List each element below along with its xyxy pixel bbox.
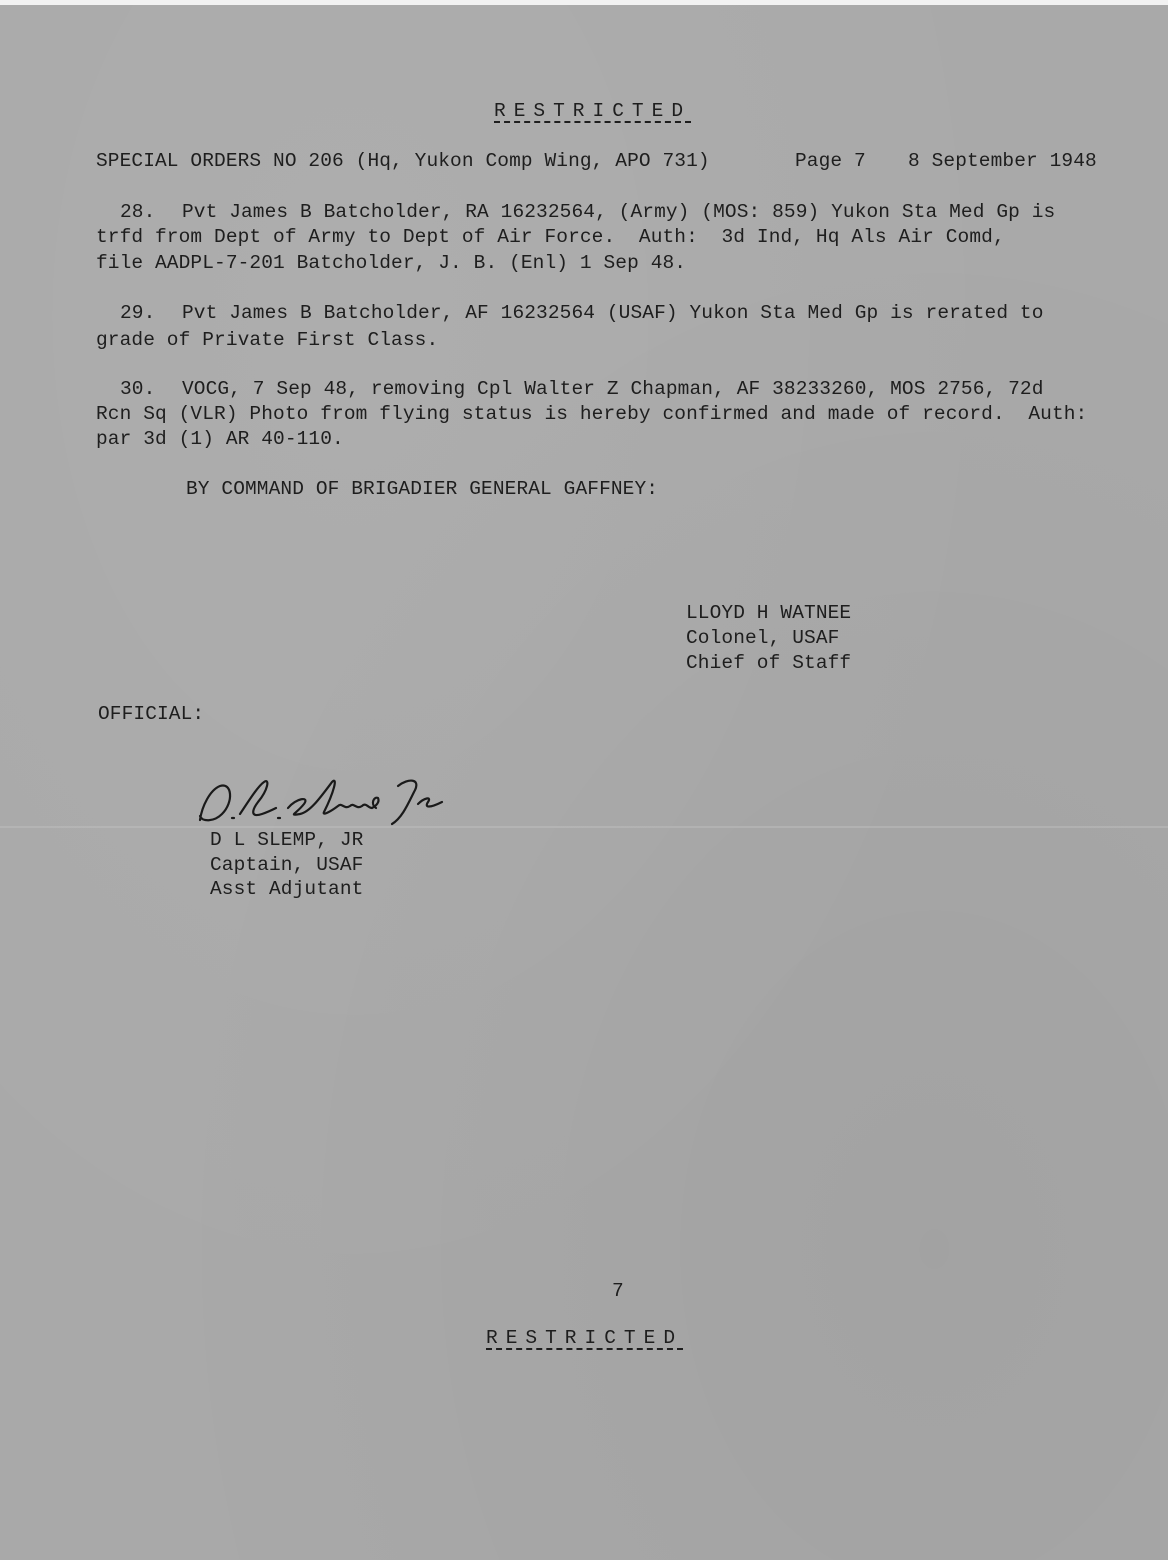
page-number: 7: [612, 1280, 624, 1302]
handwritten-signature: [192, 768, 452, 828]
commander-rank: Colonel, USAF: [686, 626, 839, 652]
paragraph-number: 30.: [120, 377, 155, 403]
signer-rank: Captain, USAF: [210, 853, 363, 879]
paragraph-number: 28.: [120, 200, 155, 226]
command-line: BY COMMAND OF BRIGADIER GENERAL GAFFNEY:: [186, 478, 658, 500]
paragraph-line: grade of Private First Class.: [96, 328, 438, 354]
paragraph-line: file AADPL-7-201 Batcholder, J. B. (Enl)…: [96, 251, 686, 277]
order-date: 8 September 1948: [908, 150, 1097, 172]
page-label: Page 7: [795, 150, 866, 172]
signer-title: Asst Adjutant: [210, 877, 363, 903]
header-classification: RESTRICTED: [494, 100, 691, 122]
paragraph-line: Rcn Sq (VLR) Photo from flying status is…: [96, 402, 1087, 428]
commander-name: LLOYD H WATNEE: [686, 601, 851, 627]
paragraph-line: trfd from Dept of Army to Dept of Air Fo…: [96, 225, 1005, 251]
official-label: OFFICIAL:: [98, 703, 204, 725]
commander-title: Chief of Staff: [686, 651, 851, 677]
signer-name: D L SLEMP, JR: [210, 828, 363, 854]
paragraph-number: 29.: [120, 301, 155, 327]
footer-classification: RESTRICTED: [486, 1327, 683, 1349]
paragraph-line: VOCG, 7 Sep 48, removing Cpl Walter Z Ch…: [182, 377, 1044, 403]
paragraph-line: par 3d (1) AR 40-110.: [96, 427, 344, 453]
paragraph-line: Pvt James B Batcholder, RA 16232564, (Ar…: [182, 200, 1055, 226]
orders-line: SPECIAL ORDERS NO 206 (Hq, Yukon Comp Wi…: [96, 150, 710, 172]
paragraph-line: Pvt James B Batcholder, AF 16232564 (USA…: [182, 301, 1044, 327]
paper-fold-line: [0, 826, 1168, 828]
